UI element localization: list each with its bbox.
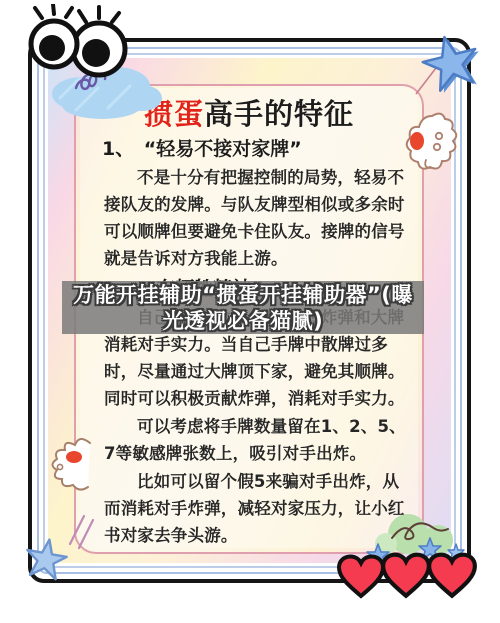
hearts-row [342, 552, 478, 600]
section-1-paragraph: 不是十分有把握控制的局势，轻易不接队友的发牌。与队友牌型相似或多余时可以顺牌但要… [104, 164, 408, 272]
star-icon [18, 534, 70, 584]
watermark-line-1: 万能开挂辅助“掼蛋开挂辅助器”(曝 [73, 282, 413, 308]
heart-icon [380, 552, 432, 600]
section-2-paragraph-2: 可以考虑将手牌数量留在1、2、5、7等敏感牌张数上，吸引对手出炸。 [104, 413, 408, 467]
googly-eyes-icon [26, 4, 130, 82]
star-icon [410, 30, 484, 100]
section-1-heading: 1、 “轻易不接对家牌” [102, 137, 410, 162]
title-rest: 高手的特征 [204, 97, 354, 131]
watermark-overlay: 万能开挂辅助“掼蛋开挂辅助器”(曝 光透视必备猫腻) [62, 281, 424, 334]
watermark-line-2: 光透视必备猫腻) [163, 308, 324, 334]
heart-icon [336, 554, 386, 600]
curl-creature-icon [46, 436, 100, 496]
blob-creature-icon [402, 112, 460, 188]
heart-icon [426, 552, 478, 600]
poster-image: 掼蛋高手的特征 1、 “轻易不接对家牌” 不是十分有把握控制的局势，轻易不接队友… [0, 0, 500, 623]
